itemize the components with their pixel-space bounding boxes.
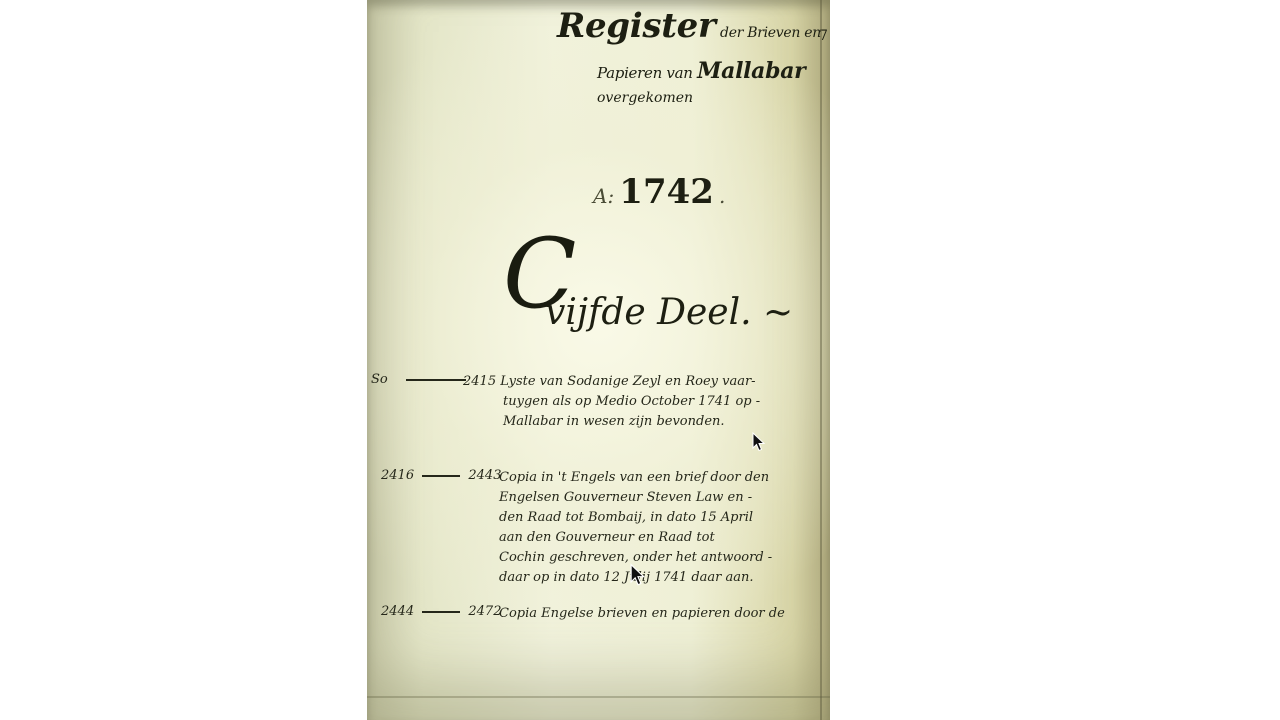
header-line-3: overgekomen — [597, 90, 693, 106]
header-margin-mark: 7 — [819, 28, 828, 44]
entry-line: den Raad tot Bombaij, in dato 15 April — [499, 508, 772, 528]
entry-line: Copia in 't Engels van een brief door de… — [499, 468, 772, 488]
entry-range: 2444 2472 — [371, 604, 501, 619]
mouse-pointer-icon — [752, 432, 766, 452]
entry-prefix: So — [371, 372, 388, 387]
register-entry: 2444 2472 Copia Engelse brieven en papie… — [371, 604, 821, 628]
entry-line: Mallabar in wesen zijn bevonden. — [463, 412, 760, 432]
year-suffix: . — [719, 184, 725, 208]
header-line1-rest: der Brieven en — [720, 25, 821, 41]
entry-to: 2443 — [468, 468, 501, 483]
entry-line: aan den Gouverneur en Raad tot — [499, 528, 772, 548]
entry-dash — [422, 475, 460, 477]
title-rest: vijfde Deel. ~ — [545, 292, 793, 333]
image-viewer: Register der Brieven en 7 Papieren van M… — [0, 0, 1280, 720]
page-bottom-edge — [367, 696, 830, 698]
header-mallabar: Mallabar — [697, 58, 805, 84]
entry-dash — [406, 379, 466, 381]
entry-text: Copia Engelse brieven en papieren door d… — [499, 604, 785, 624]
entry-to: 2472 — [468, 604, 501, 619]
year-value: 1742 — [619, 172, 714, 212]
header-line-2: Papieren van Mallabar — [597, 58, 805, 84]
entry-line: 2415 Lyste van Sodanige Zeyl en Roey vaa… — [463, 372, 760, 392]
header-papieren-van: Papieren van — [597, 64, 693, 82]
year-prefix: A: — [593, 184, 614, 208]
manuscript-page: Register der Brieven en 7 Papieren van M… — [367, 0, 830, 720]
entry-from: 2444 — [371, 604, 414, 619]
mouse-pointer-icon — [630, 563, 646, 587]
year-heading: A: 1742 . — [593, 172, 725, 212]
register-header: Register der Brieven en — [557, 6, 821, 46]
register-entry: 2416 2443 Copia in 't Engels van een bri… — [371, 468, 821, 588]
entry-dash — [422, 611, 460, 613]
entry-line: Engelsen Gouverneur Steven Law en - — [499, 488, 772, 508]
entry-range: So — [371, 372, 470, 387]
entry-line: Copia Engelse brieven en papieren door d… — [499, 604, 785, 624]
header-register-word: Register — [557, 6, 716, 46]
entry-from: 2416 — [371, 468, 414, 483]
entry-line: tuygen als op Medio October 1741 op - — [463, 392, 760, 412]
entry-text: 2415 Lyste van Sodanige Zeyl en Roey vaa… — [463, 372, 760, 432]
entry-range: 2416 2443 — [371, 468, 501, 483]
